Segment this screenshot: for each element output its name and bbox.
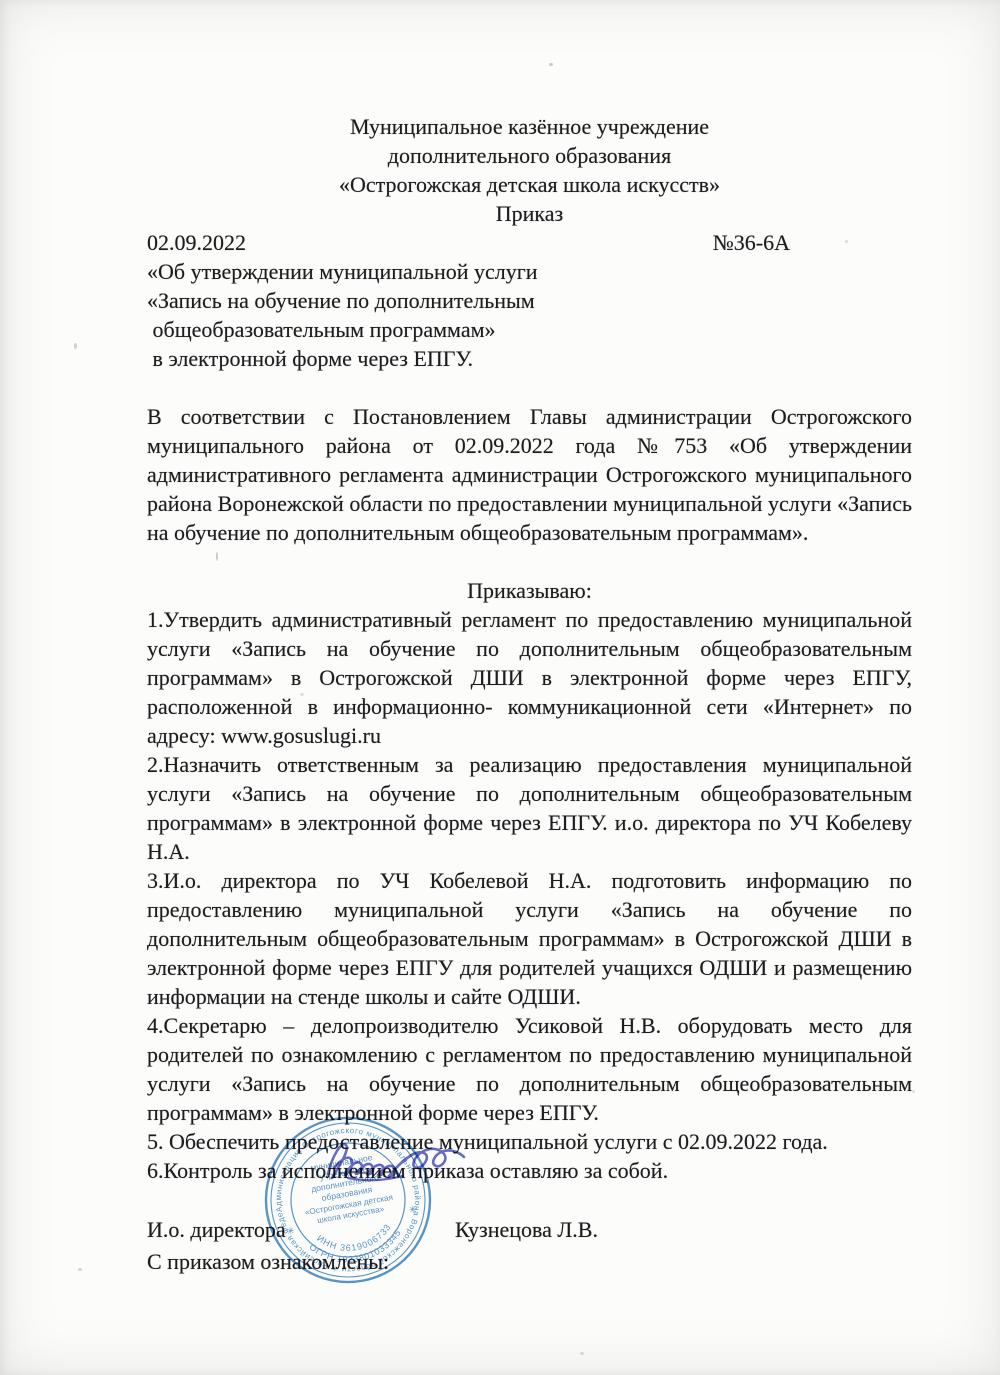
stamp-star-left: ✳ <box>286 1226 296 1238</box>
doc-number: №36-6А <box>713 228 790 257</box>
order-item-3: 3.И.о. директора по УЧ Кобелевой Н.А. по… <box>147 866 912 1011</box>
preamble-paragraph: В соответствии с Постановлением Главы ад… <box>147 402 912 547</box>
handwritten-signature <box>318 1126 478 1192</box>
scanned-document-page: Муниципальное казённое учреждение дополн… <box>0 0 1000 1375</box>
subject-line: в электронной форме через ЕПГУ. <box>147 344 912 373</box>
signature-scribble <box>328 1144 464 1178</box>
doc-date: 02.09.2022 <box>147 230 246 255</box>
scan-speck <box>912 1090 915 1093</box>
subject-block: «Об утверждении муниципальной услуги «За… <box>147 257 912 373</box>
subject-line: «Об утверждении муниципальной услуги <box>147 257 912 286</box>
scan-speck <box>216 552 218 561</box>
org-name-line1: Муниципальное казённое учреждение <box>147 112 912 141</box>
org-name-line3: «Острогожская детская школа искусств» <box>147 170 912 199</box>
scan-speck <box>74 343 77 349</box>
date-number-row: 02.09.2022 №36-6А <box>147 228 912 257</box>
org-name-line2: дополнительного образования <box>147 141 912 170</box>
order-items: 1.Утвердить административный регламент п… <box>147 605 912 1185</box>
document-header: Муниципальное казённое учреждение дополн… <box>147 112 912 228</box>
order-item-1: 1.Утвердить административный регламент п… <box>147 605 912 750</box>
order-item-2: 2.Назначить ответственным за реализацию … <box>147 750 912 866</box>
scan-speck <box>78 1268 82 1271</box>
signature-tail <box>348 1176 402 1180</box>
scan-speck <box>580 1352 584 1355</box>
scan-speck <box>300 693 304 696</box>
subject-line: «Запись на обучение по дополнительным <box>147 286 912 315</box>
doc-type-title: Приказ <box>147 199 912 228</box>
order-word: Приказываю: <box>147 576 912 605</box>
scan-speck <box>845 240 848 243</box>
subject-line: общеобразовательным программам» <box>147 315 912 344</box>
signer-name: Кузнецова Л.В. <box>455 1215 598 1244</box>
scan-speck <box>549 63 553 66</box>
